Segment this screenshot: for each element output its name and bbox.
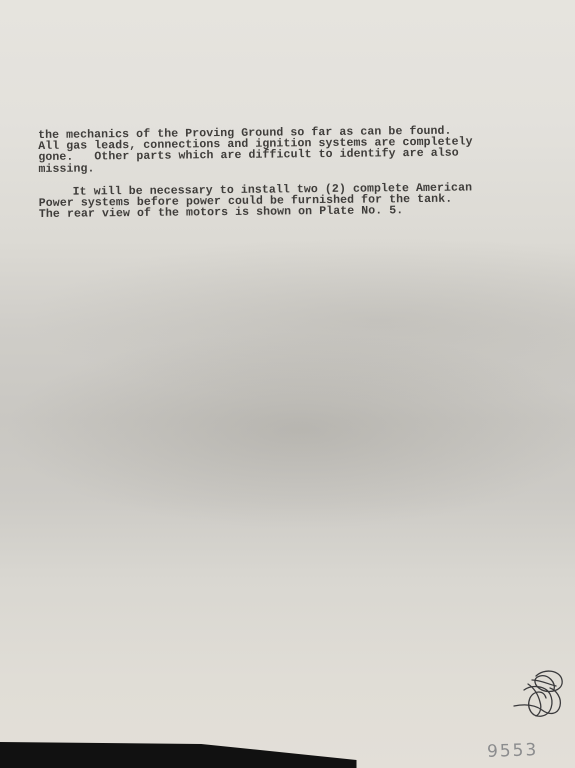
handwritten-page-number: 9553 [487,740,539,762]
paragraph-1: the mechanics of the Proving Ground so f… [38,125,518,175]
paragraph-2: It will be necessary to install two (2) … [39,182,519,221]
text-line: The rear view of the motors is shown on … [39,204,519,220]
typed-body-text: the mechanics of the Proving Ground so f… [38,125,519,220]
handwritten-initials-signature [510,668,572,724]
document-page: the mechanics of the Proving Ground so f… [0,0,575,768]
